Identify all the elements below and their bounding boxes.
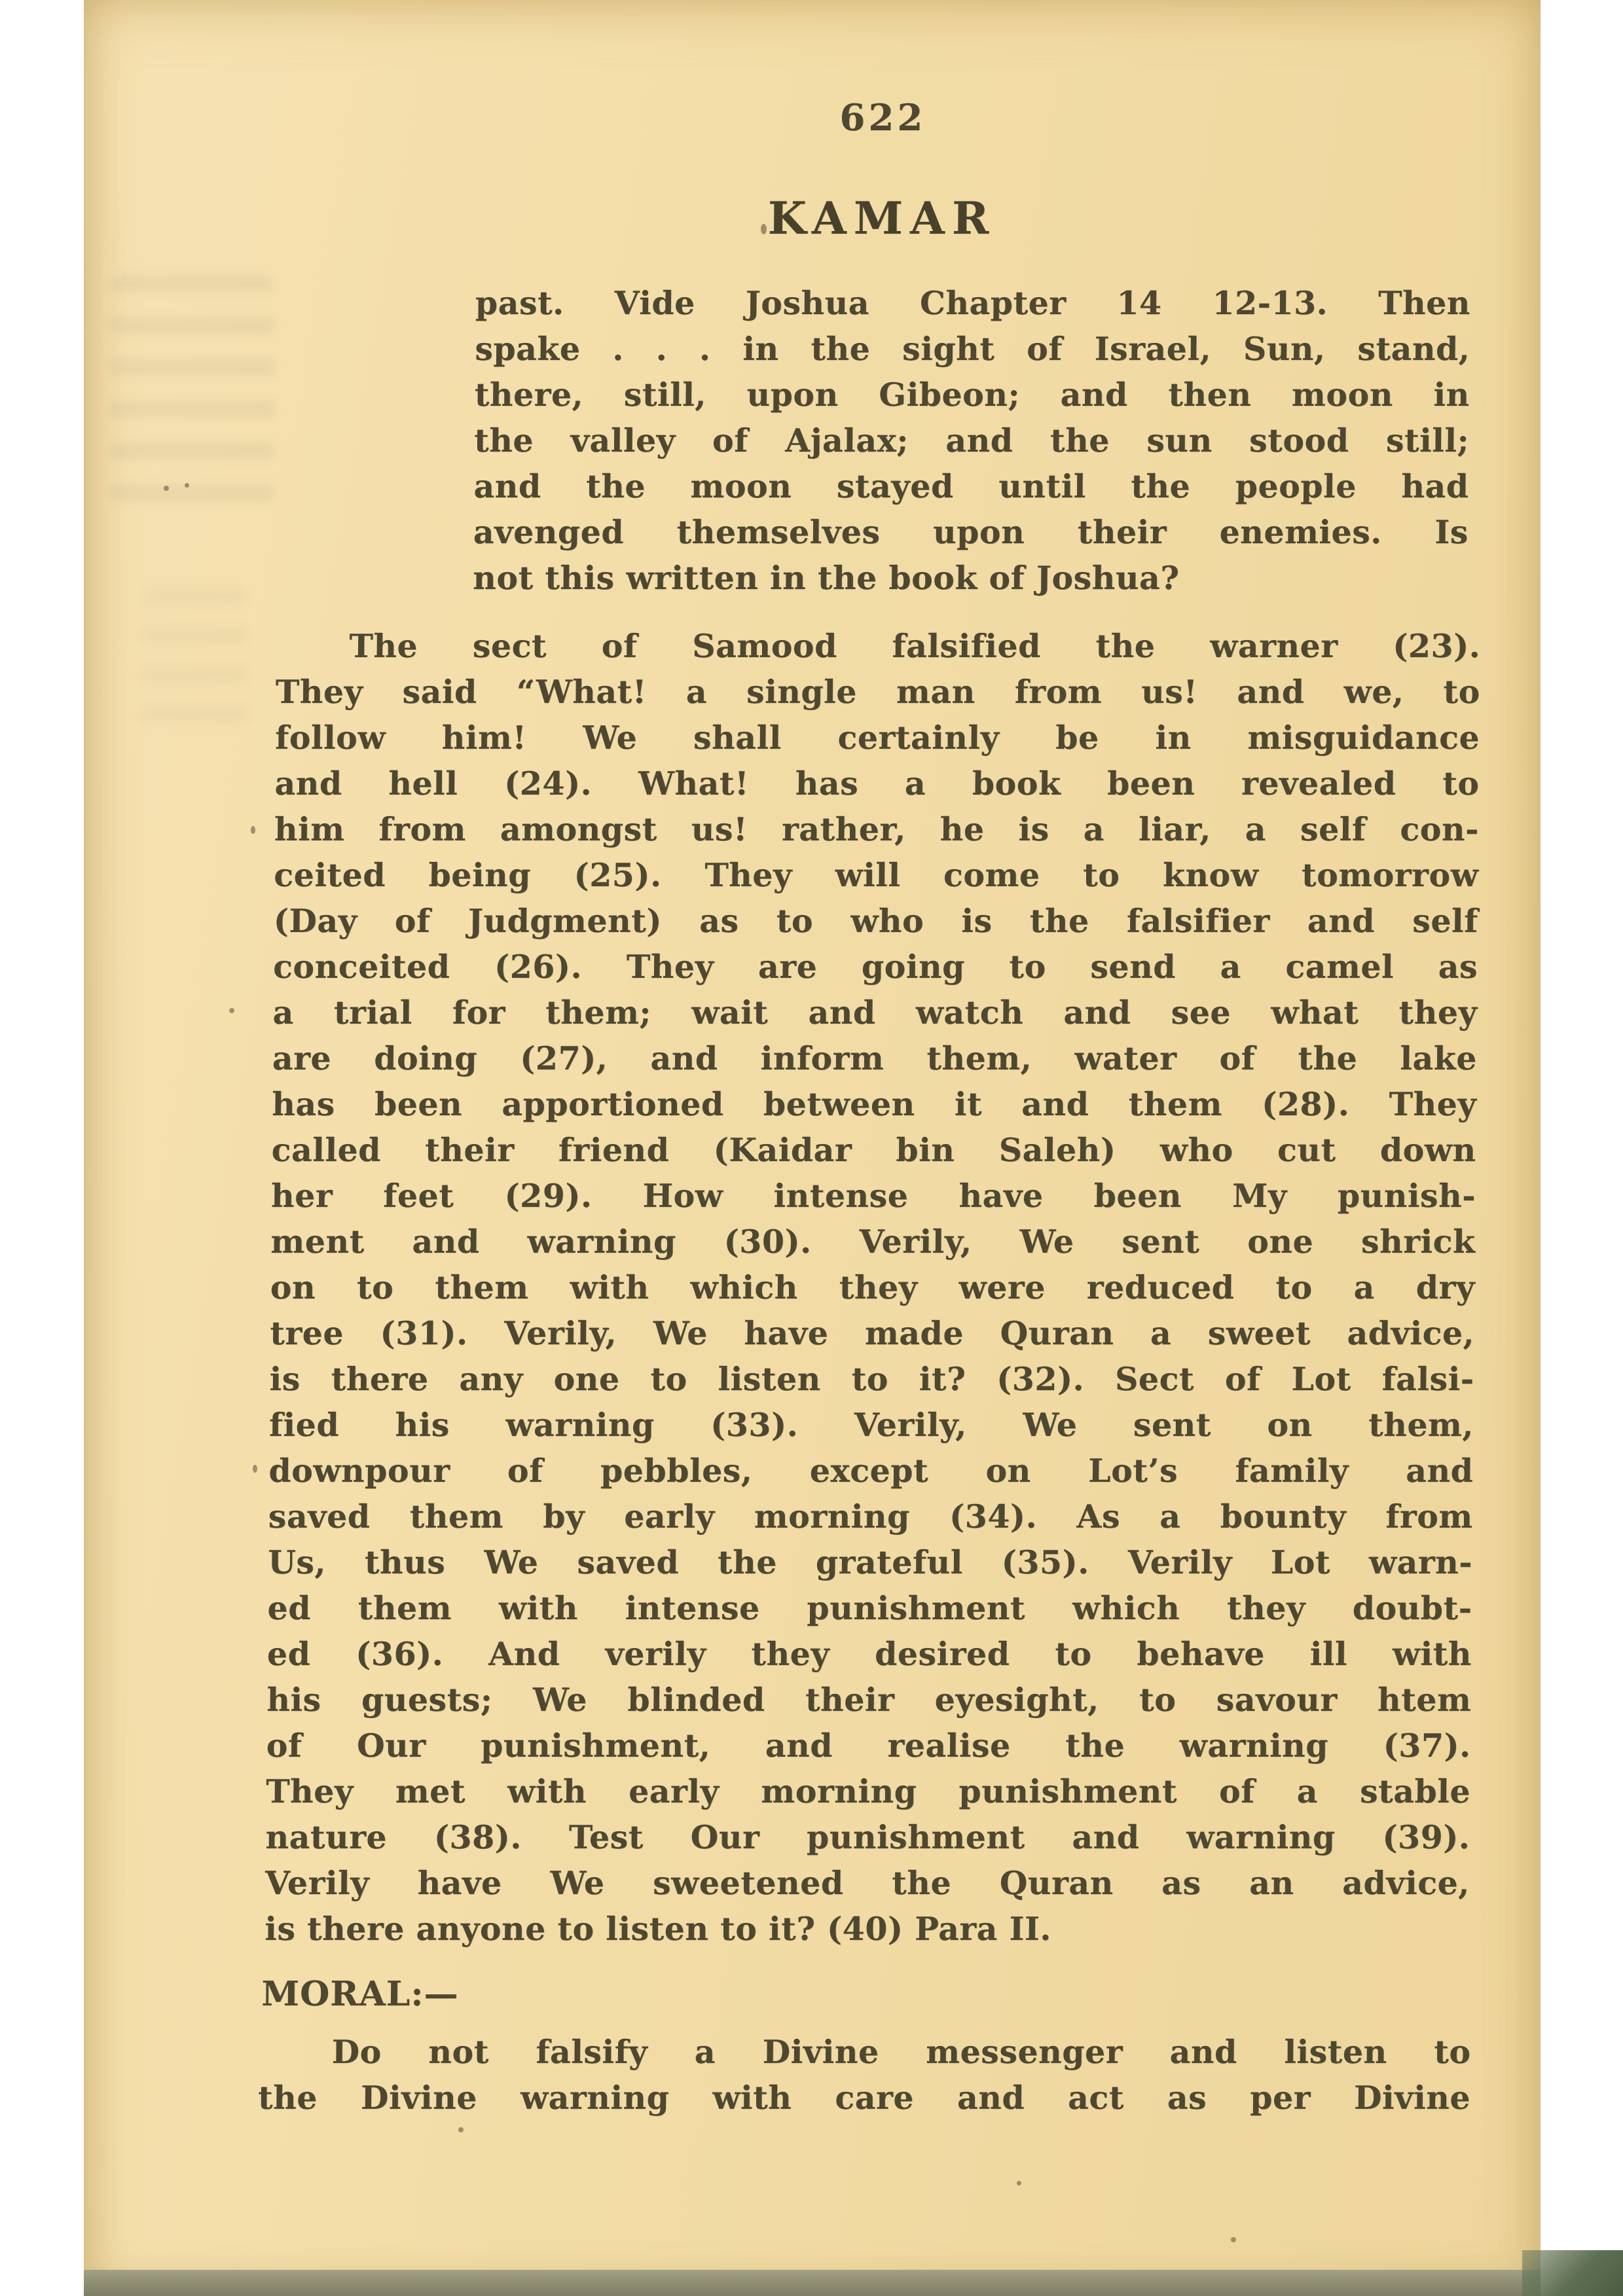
page-number: 622 bbox=[280, 98, 1486, 137]
text-line: ed them with intense punishment which th… bbox=[267, 1585, 1472, 1631]
bleed-through-smudge bbox=[110, 275, 274, 511]
text-line: her feet (29). How intense have been My … bbox=[271, 1173, 1476, 1219]
text-line: They met with early morning punishment o… bbox=[266, 1768, 1471, 1814]
text-line: the Divine warning with care and act as … bbox=[258, 2075, 1471, 2121]
text-line: tree (31). Verily, We have made Quran a … bbox=[270, 1310, 1475, 1356]
text-line: is there anyone to listen to it? (40) Pa… bbox=[264, 1906, 1470, 1952]
ink-speck bbox=[251, 826, 255, 834]
ink-speck bbox=[1231, 2237, 1236, 2242]
verses-paragraph: The sect of Samood falsified the warner … bbox=[264, 623, 1481, 1952]
text-line: Us, thus We saved the grateful (35). Ver… bbox=[268, 1539, 1473, 1585]
scan-bottom-edge bbox=[84, 2270, 1541, 2296]
text-line: on to them with which they were reduced … bbox=[270, 1265, 1476, 1310]
scan-corner-shadow bbox=[1522, 2250, 1623, 2296]
ink-speck bbox=[185, 483, 189, 488]
ink-speck bbox=[458, 2127, 464, 2132]
text-line: and the moon stayed until the people had bbox=[473, 463, 1469, 509]
ink-speck bbox=[1017, 2181, 1021, 2185]
moral-paragraph: Do not falsify a Divine messenger and li… bbox=[258, 2029, 1471, 2121]
ink-speck bbox=[761, 224, 767, 234]
text-line: conceited (26). They are going to send a… bbox=[273, 944, 1478, 990]
text-line: a trial for them; wait and watch and see… bbox=[272, 990, 1478, 1035]
bleed-through-smudge bbox=[143, 589, 247, 733]
text-line: not this written in the book of Joshua? bbox=[473, 555, 1468, 601]
text-line: downpour of pebbles, except on Lot’s fam… bbox=[268, 1448, 1474, 1494]
ink-speck bbox=[229, 1008, 234, 1013]
scan-stage: 622 KAMAR past. Vide Joshua Chapter 14 1… bbox=[0, 0, 1623, 2296]
text-line: saved them by early morning (34). As a b… bbox=[268, 1494, 1473, 1539]
text-line: avenged themselves upon their enemies. I… bbox=[473, 509, 1469, 555]
text-line: are doing (27), and inform them, water o… bbox=[272, 1035, 1478, 1081]
text-line: there, still, upon Gibeon; and then moon… bbox=[474, 372, 1470, 418]
chapter-heading: KAMAR bbox=[280, 195, 1485, 242]
text-line: ceited being (25). They will come to kno… bbox=[274, 852, 1479, 898]
text-line: Do not falsify a Divine messenger and li… bbox=[258, 2029, 1471, 2075]
book-page: 622 KAMAR past. Vide Joshua Chapter 14 1… bbox=[84, 0, 1541, 2296]
moral-heading: MORAL:— bbox=[261, 1971, 459, 2017]
text-line: of Our punishment, and realise the warni… bbox=[266, 1723, 1471, 1768]
text-line: ment and warning (30). Verily, We sent o… bbox=[270, 1219, 1476, 1265]
text-line: and hell (24). What! has a book been rev… bbox=[274, 761, 1480, 806]
text-line: his guests; We blinded their eyesight, t… bbox=[266, 1677, 1472, 1723]
ink-speck bbox=[164, 486, 169, 491]
text-line: The sect of Samood falsified the warner … bbox=[276, 623, 1481, 669]
text-line: is there any one to listen to it? (32). … bbox=[269, 1356, 1474, 1402]
text-line: has been apportioned between it and them… bbox=[272, 1081, 1477, 1127]
text-line: past. Vide Joshua Chapter 14 12-13. Then bbox=[475, 280, 1471, 326]
text-line: fied his warning (33). Verily, We sent o… bbox=[269, 1402, 1474, 1448]
scripture-quote: past. Vide Joshua Chapter 14 12-13. Then… bbox=[473, 280, 1470, 601]
text-line: the valley of Ajalax; and the sun stood … bbox=[474, 418, 1470, 463]
text-line: nature (38). Test Our punishment and war… bbox=[265, 1814, 1470, 1860]
ink-speck bbox=[253, 1465, 257, 1473]
text-line: follow him! We shall certainly be in mis… bbox=[275, 715, 1480, 761]
text-line: him from amongst us! rather, he is a lia… bbox=[274, 806, 1480, 852]
text-line: (Day of Judgment) as to who is the falsi… bbox=[273, 898, 1478, 944]
text-line: called their friend (Kaidar bin Saleh) w… bbox=[271, 1127, 1476, 1173]
text-line: Verily have We sweetened the Quran as an… bbox=[265, 1860, 1470, 1906]
text-line: They said “What! a single man from us! a… bbox=[275, 669, 1480, 715]
text-line: spake . . . in the sight of Israel, Sun,… bbox=[475, 326, 1470, 372]
text-column: 622 KAMAR past. Vide Joshua Chapter 14 1… bbox=[261, 0, 1486, 2296]
text-line: ed (36). And verily they desired to beha… bbox=[267, 1631, 1472, 1677]
